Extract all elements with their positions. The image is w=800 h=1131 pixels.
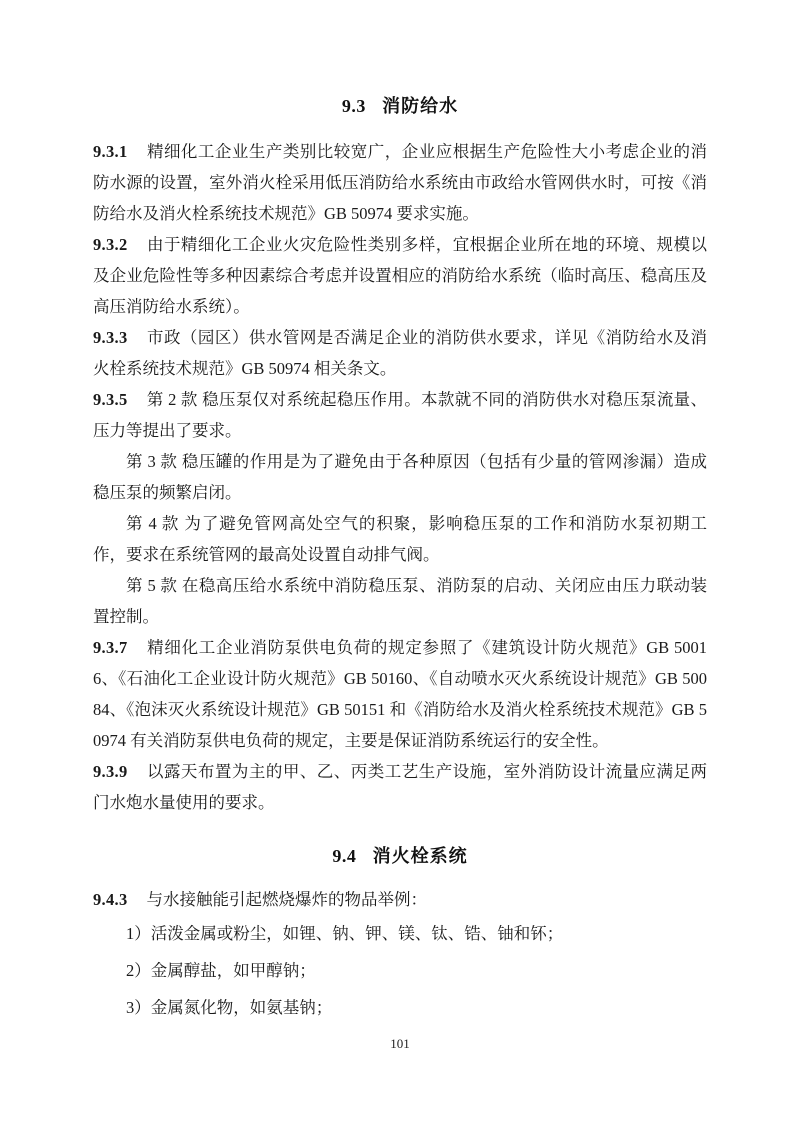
clause-9-3-5-item-3: 第 3 款 稳压罐的作用是为了避免由于各种原因（包括有少量的管网渗漏）造成稳压泵… [93,446,707,508]
clause-9-3-7: 9.3.7精细化工企业消防泵供电负荷的规定参照了《建筑设计防火规范》GB 500… [93,632,707,756]
clause-text: 第 4 款 为了避免管网高处空气的积聚，影响稳压泵的工作和消防水泵初期工作，要求… [93,514,707,564]
clause-9-3-9: 9.3.9以露天布置为主的甲、乙、丙类工艺生产设施，室外消防设计流量应满足两门水… [93,756,707,818]
clause-9-3-5-item-5: 第 5 款 在稳高压给水系统中消防稳压泵、消防泵的启动、关闭应由压力联动装置控制… [93,570,707,632]
clause-text: 由于精细化工企业火灾危险性类别多样，宜根据企业所在地的环境、规模以及企业危险性等… [93,235,707,316]
list-item-2: 2）金属醇盐，如甲醇钠； [93,952,707,989]
clause-text: 精细化工企业消防泵供电负荷的规定参照了《建筑设计防火规范》GB 50016、《石… [93,638,707,750]
section-title: 消防给水 [382,96,458,116]
clause-text: 精细化工企业生产类别比较宽广，企业应根据生产危险性大小考虑企业的消防水源的设置，… [93,142,707,223]
section-heading-9-4: 9.4消火栓系统 [93,845,707,868]
section-title: 消火栓系统 [373,846,468,866]
clause-text: 第 3 款 稳压罐的作用是为了避免由于各种原因（包括有少量的管网渗漏）造成稳压泵… [93,452,707,502]
clause-text: 市政（园区）供水管网是否满足企业的消防供水要求，详见《消防给水及消火栓系统技术规… [93,328,707,378]
clause-9-3-3: 9.3.3市政（园区）供水管网是否满足企业的消防供水要求，详见《消防给水及消火栓… [93,322,707,384]
clause-9-3-2: 9.3.2由于精细化工企业火灾危险性类别多样，宜根据企业所在地的环境、规模以及企… [93,229,707,322]
clause-text: 第 2 款 稳压泵仅对系统起稳压作用。本款就不同的消防供水对稳压泵流量、压力等提… [93,390,707,440]
clause-number: 9.3.2 [93,235,128,254]
clause-number: 9.4.3 [93,890,128,909]
clause-text: 与水接触能引起燃烧爆炸的物品举例： [146,890,427,909]
document-page: 9.3消防给水 9.3.1精细化工企业生产类别比较宽广，企业应根据生产危险性大小… [0,0,800,1131]
clause-9-4-3: 9.4.3与水接触能引起燃烧爆炸的物品举例： [93,884,707,915]
clause-text: 以露天布置为主的甲、乙、丙类工艺生产设施，室外消防设计流量应满足两门水炮水量使用… [93,762,707,812]
clause-number: 9.3.1 [93,142,128,161]
clause-number: 9.3.9 [93,762,128,781]
page-number: 101 [0,1036,800,1052]
clause-text: 第 5 款 在稳高压给水系统中消防稳压泵、消防泵的启动、关闭应由压力联动装置控制… [93,576,707,626]
section-number: 9.3 [342,96,366,116]
section-number: 9.4 [332,846,356,866]
list-item-1: 1）活泼金属或粉尘，如锂、钠、钾、镁、钛、锆、铀和钚； [93,915,707,952]
clause-number: 9.3.3 [93,328,128,347]
clause-9-3-1: 9.3.1精细化工企业生产类别比较宽广，企业应根据生产危险性大小考虑企业的消防水… [93,136,707,229]
clause-9-3-5: 9.3.5第 2 款 稳压泵仅对系统起稳压作用。本款就不同的消防供水对稳压泵流量… [93,384,707,446]
section-heading-9-3: 9.3消防给水 [93,95,707,118]
clause-number: 9.3.7 [93,638,128,657]
clause-9-3-5-item-4: 第 4 款 为了避免管网高处空气的积聚，影响稳压泵的工作和消防水泵初期工作，要求… [93,508,707,570]
clause-number: 9.3.5 [93,390,128,409]
list-item-3: 3）金属氮化物，如氨基钠； [93,989,707,1026]
